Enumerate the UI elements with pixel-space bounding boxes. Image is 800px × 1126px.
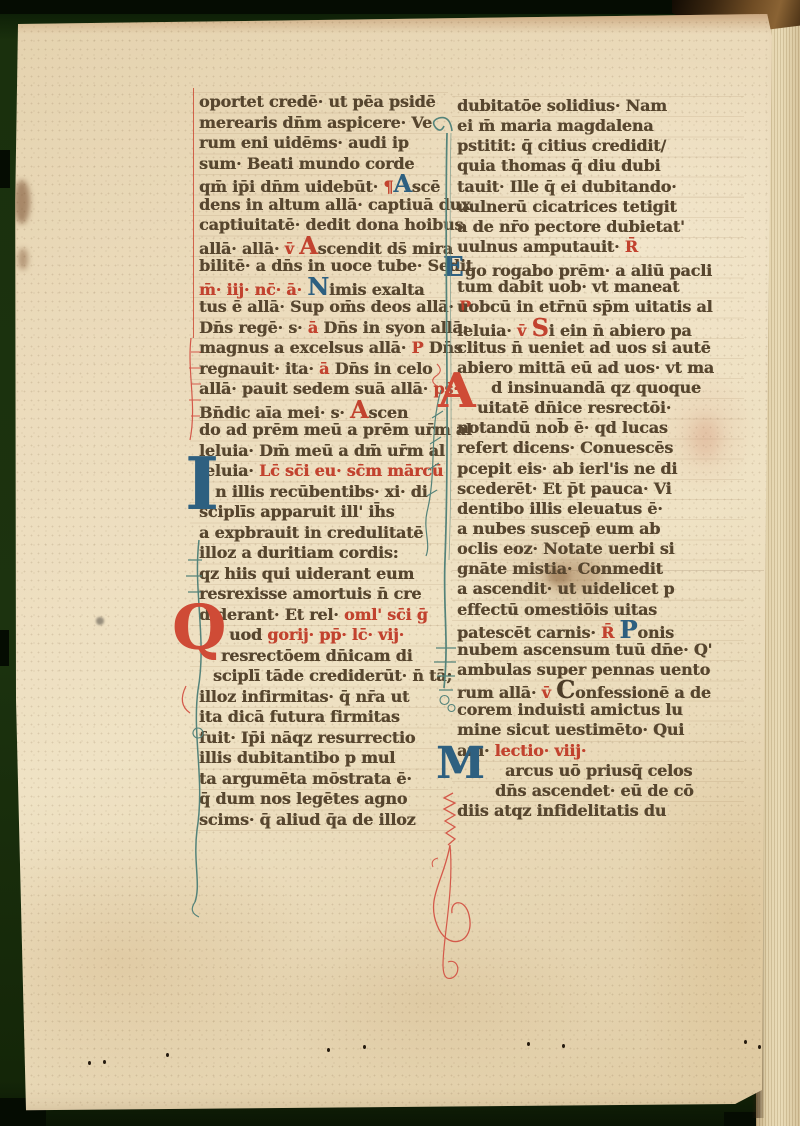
manuscript-line: a nubes suscep̄ eum ab xyxy=(457,519,714,539)
manuscript-line: ei m̄ maria magdalena xyxy=(457,116,714,136)
text-segment: leluia· xyxy=(199,461,259,480)
manuscript-line: fuit· Ip̄i nāqz resurrectio xyxy=(199,728,473,749)
text-segment: uulnus amputauit· xyxy=(457,237,625,256)
manuscript-line: leluia· Lc̄ sc̄i eu· sc̄m mārcū xyxy=(199,461,473,482)
manuscript-line: rum allā· v̄ Confessionē a de xyxy=(457,680,714,700)
text-segment: ei m̄ maria magdalena xyxy=(457,116,653,135)
center-red-sweep xyxy=(434,845,471,942)
text-segment: scederēt· Et p̄t pauca· Vi xyxy=(457,479,671,498)
text-segment: R̄ xyxy=(625,237,638,256)
text-segment: scen xyxy=(368,403,408,422)
left-red-filigree-stem xyxy=(190,338,193,440)
manuscript-line: dubitatōe solidius· Nam xyxy=(457,96,714,116)
text-segment: gorij· pp̄· lc̄· vij· xyxy=(267,625,404,644)
text-segment: bilitē· a dn̄s in uoce tube· Sedit xyxy=(199,256,473,275)
manuscript-line: dens in altum allā· captiuā dux xyxy=(199,195,473,216)
text-segment: pcepit eis· ab ierl'is ne di xyxy=(457,459,677,478)
text-segment: dens in altum allā· captiuā dux xyxy=(199,195,470,214)
parchment-page: oportet credē· ut pēa psidēmerearis dn̄m… xyxy=(0,0,800,1126)
text-segment: diis atqz infidelitatis du xyxy=(457,801,666,820)
text-segment: Dn̄s in celo xyxy=(335,359,433,378)
manuscript-line: magnus a excelsus allā· P Dn̄s xyxy=(199,338,473,359)
manuscript-line: oportet credē· ut pēa psidē xyxy=(199,92,473,113)
text-segment: uitatē dn̄ice resrectōi· xyxy=(477,398,671,417)
manuscript-line: diderant· Et rel· oml' sc̄i ḡ xyxy=(199,605,473,626)
manuscript-line: illoz a duritiam cordis: xyxy=(199,543,473,564)
manuscript-line: resrexisse amortuis n̄ cre xyxy=(199,584,473,605)
manuscript-line: patescēt carnis· R̄ Ponis xyxy=(457,620,714,640)
text-segment: rum eni uidēms· audi ip xyxy=(199,133,409,152)
text-segment: R̄ xyxy=(601,623,619,642)
manuscript-line: allā· pauit sedem suā allā· ps̄· xyxy=(199,379,473,400)
text-segment: do ad prēm meū a prēm ur̄m al xyxy=(199,420,472,439)
text-segment: sciplīs apparuit ill' ih̄s xyxy=(199,502,394,521)
manuscript-line: regnauit· ita· ā Dn̄s in celo xyxy=(199,359,473,380)
manuscript-line: clitus n̄ ueniet ad uos si autē xyxy=(457,338,714,358)
text-segment: resrectōem dn̄icam di xyxy=(221,646,413,665)
manuscript-line: leluia· v̄ Si ein n̄ abiero pa xyxy=(457,318,714,338)
manuscript-line: q̄ dum nos legētes agno xyxy=(199,789,473,810)
manuscript-line: dn̄s ascendet· eū de cō xyxy=(457,781,714,801)
red-ruling-line xyxy=(193,88,194,338)
text-segment: diderant· Et rel· xyxy=(199,605,344,624)
text-segment: resrexisse amortuis n̄ cre xyxy=(199,584,421,603)
left-teal-curl xyxy=(192,902,199,917)
text-segment: n illis recūbentibs· xi· di xyxy=(215,482,428,501)
text-segment: dentibo illis eleuatus ē· xyxy=(457,499,663,518)
manuscript-line: tus ē allā· Sup om̄s deos allā· P xyxy=(199,297,473,318)
text-segment: d insinuandā qz quoque xyxy=(491,378,701,397)
text-segment: oportet credē· ut pēa psidē xyxy=(199,92,436,111)
manuscript-line: uulnus amputauit· R̄ xyxy=(457,237,714,257)
text-segment: clitus n̄ ueniet ad uos si autē xyxy=(457,338,711,357)
text-segment: scendit ds̄ mira xyxy=(318,239,453,258)
manuscript-line: tum dabit uob· vt maneat xyxy=(457,277,714,297)
left-text-column: oportet credē· ut pēa psidēmerearis dn̄m… xyxy=(199,92,473,830)
manuscript-line: captiuitatē· dedit dona hoibus xyxy=(199,215,473,236)
text-segment: imis exalta xyxy=(329,280,424,299)
text-segment: Dn̄s regē· s· xyxy=(199,318,308,337)
manuscript-line: effectū omestiōis uitas xyxy=(457,600,714,620)
text-segment: a ascendit· ut uidelicet p xyxy=(457,579,674,598)
text-segment: uulnerū cicatrices tetigit xyxy=(457,197,677,216)
text-segment: a de nr̄o pectore dubietat' xyxy=(457,217,685,236)
text-segment: ta argumēta mōstrata ē· xyxy=(199,769,412,788)
text-segment: quia thomas q̄ diu dubi xyxy=(457,156,660,175)
text-segment: scims· q̄ aliud q̄a de illoz xyxy=(199,810,415,829)
text-segment: dubitatōe solidius· Nam xyxy=(457,96,667,115)
text-segment: mine sicut uestimēto· Qui xyxy=(457,720,684,739)
text-segment: allā· pauit sedem suā allā· xyxy=(199,379,433,398)
manuscript-line: nubem ascensum tuū dn̄e· Q' xyxy=(457,640,714,660)
manuscript-line: merearis dn̄m aspicere· Ve xyxy=(199,113,473,134)
manuscript-line: uobcū in etr̄nū sp̄m uitatis al xyxy=(457,297,714,317)
manuscript-line: tauit· Ille q̄ ei dubitando· xyxy=(457,177,714,197)
text-segment: Lc̄ sc̄i eu· sc̄m mārcū xyxy=(259,461,443,480)
text-segment: qz hiis qui uiderant eum xyxy=(199,564,414,583)
text-segment: gnāte mistia· Conmedit xyxy=(457,559,663,578)
text-segment: dn̄s ascendet· eū de cō xyxy=(495,781,694,800)
text-segment: nubem ascensum tuū dn̄e· Q' xyxy=(457,640,712,659)
manuscript-line: rum eni uidēms· audi ip xyxy=(199,133,473,154)
text-segment: a nubes suscep̄ eum ab xyxy=(457,519,660,538)
left-red-q-tail xyxy=(182,686,190,713)
text-segment: lectio· viij· xyxy=(495,741,587,760)
manuscript-line: m̄· iij· nc̄· ā· Nimis exalta xyxy=(199,277,473,298)
manuscript-line: sciplīs apparuit ill' ih̄s xyxy=(199,502,473,523)
text-segment: a expbrauit in credulitatē xyxy=(199,523,423,542)
manuscript-line: notandū nob̄ ē· qd lucas xyxy=(457,418,714,438)
text-segment: tauit· Ille q̄ ei dubitando· xyxy=(457,177,676,196)
text-segment: magnus a excelsus allā· xyxy=(199,338,411,357)
edge-stain xyxy=(18,248,28,270)
text-segment: leluia· xyxy=(457,321,517,340)
manuscript-line: uod gorij· pp̄· lc̄· vij· xyxy=(199,625,473,646)
text-segment: illoz infirmitas· q̄ nr̄a ut xyxy=(199,687,409,706)
text-segment: tus ē allā· Sup om̄s deos allā· xyxy=(199,297,459,316)
text-segment: m̄· iij· nc̄· ā· xyxy=(199,280,307,299)
manuscript-line: abiero mittā eū ad uos· vt ma xyxy=(457,358,714,378)
manuscript-line: illoz infirmitas· q̄ nr̄a ut xyxy=(199,687,473,708)
manuscript-line: ambulas super pennas uento xyxy=(457,660,714,680)
manuscript-line: quia thomas q̄ diu dubi xyxy=(457,156,714,176)
manuscript-photo: oportet credē· ut pēa psidēmerearis dn̄m… xyxy=(0,0,800,1126)
text-segment: Dn̄s in syon allā· xyxy=(323,318,468,337)
text-segment: i ein n̄ abiero pa xyxy=(549,321,692,340)
text-segment: illoz a duritiam cordis: xyxy=(199,543,398,562)
text-segment: ambulas super pennas uento xyxy=(457,660,710,679)
text-segment: merearis dn̄m aspicere· Ve xyxy=(199,113,432,132)
text-segment: corem induisti amictus lu xyxy=(457,700,683,719)
manuscript-line: mine sicut uestimēto· Qui xyxy=(457,720,714,740)
ink-spot xyxy=(96,617,104,625)
text-segment: qm̄ ip̄i dn̄m uidebūt· xyxy=(199,177,383,196)
cradle-left-notch-lower xyxy=(0,630,9,666)
manuscript-line: arcus uō priusq̄ celos xyxy=(457,761,714,781)
center-red-tail xyxy=(443,845,458,978)
text-segment: tum dabit uob· vt maneat xyxy=(457,277,679,296)
manuscript-line: resrectōem dn̄icam di xyxy=(199,646,473,667)
manuscript-line: diis atqz infidelitatis du xyxy=(457,801,714,821)
text-segment: abiero mittā eū ad uos· vt ma xyxy=(457,358,714,377)
manuscript-line: sciplī tāde crediderūt· n̄ tā; xyxy=(199,666,473,687)
manuscript-line: oclis eoz· Notate uerbi si xyxy=(457,539,714,559)
manuscript-line: ita dicā futura firmitas xyxy=(199,707,473,728)
manuscript-line: allā· allā· v̄ Ascendit ds̄ mira xyxy=(199,236,473,257)
manuscript-line: pstitit: q̄ citius credidit/ xyxy=(457,136,714,156)
text-segment: sciplī tāde crediderūt· n̄ tā; xyxy=(213,666,452,685)
manuscript-line: pcepit eis· ab ierl'is ne di xyxy=(457,459,714,479)
right-text-column: dubitatōe solidius· Namei m̄ maria magda… xyxy=(457,96,714,821)
text-segment: v̄ xyxy=(542,683,556,702)
text-segment: v̄ xyxy=(517,321,531,340)
manuscript-line: uitatē dn̄ice resrectōi· xyxy=(457,398,714,418)
manuscript-line: dentibo illis eleuatus ē· xyxy=(457,499,714,519)
manuscript-line: qm̄ ip̄i dn̄m uidebūt· ¶Ascē xyxy=(199,174,473,195)
text-segment: ā xyxy=(319,359,335,378)
text-segment: captiuitatē· dedit dona hoibus xyxy=(199,215,463,234)
text-segment: fuit· Ip̄i nāqz resurrectio xyxy=(199,728,415,747)
text-segment: oml' sc̄i ḡ xyxy=(344,605,428,624)
text-segment: ā xyxy=(308,318,324,337)
text-segment: pstitit: q̄ citius credidit/ xyxy=(457,136,666,155)
manuscript-line: Dn̄s regē· s· ā Dn̄s in syon allā· xyxy=(199,318,473,339)
text-segment: ¶ xyxy=(383,177,393,196)
text-segment: arcus uō priusq̄ celos xyxy=(505,761,692,780)
manuscript-line: sum· Beati mundo corde xyxy=(199,154,473,175)
text-segment: refert dicens· Conuescēs xyxy=(457,438,673,457)
manuscript-line: bilitē· a dn̄s in uoce tube· Sedit xyxy=(199,256,473,277)
text-segment: P xyxy=(411,338,428,357)
manuscript-line: Ego rogabo prēm· a aliū pacli xyxy=(457,257,714,277)
text-segment: uod xyxy=(229,625,267,644)
manuscript-line: corem induisti amictus lu xyxy=(457,700,714,720)
manuscript-line: refert dicens· Conuescēs xyxy=(457,438,714,458)
manuscript-line: a expbrauit in credulitatē xyxy=(199,523,473,544)
text-segment: regnauit· ita· xyxy=(199,359,319,378)
manuscript-line: scims· q̄ aliud q̄a de illoz xyxy=(199,810,473,831)
manuscript-line: a ascendit· ut uidelicet p xyxy=(457,579,714,599)
text-segment: allā· allā· xyxy=(199,239,285,258)
text-segment: patescēt carnis· xyxy=(457,623,601,642)
text-segment: am· xyxy=(457,741,495,760)
text-segment: v̄ xyxy=(285,239,299,258)
edge-stain xyxy=(14,180,30,224)
cradle-left-notch-upper xyxy=(0,150,10,188)
manuscript-line: leluia· Dm̄ meū a dm̄ ur̄m al xyxy=(199,441,473,462)
text-segment: onfessionē a de xyxy=(575,683,711,702)
center-red-curl xyxy=(432,858,438,867)
text-segment: scē xyxy=(412,177,440,196)
text-segment: illis dubitantibo p mul xyxy=(199,748,395,767)
manuscript-line: n illis recūbentibs· xi· di xyxy=(199,482,473,503)
text-segment: E xyxy=(443,257,465,277)
text-segment: ita dicā futura firmitas xyxy=(199,707,400,726)
manuscript-line: ta argumēta mōstrata ē· xyxy=(199,769,473,790)
text-segment: rum allā· xyxy=(457,683,542,702)
text-segment: uobcū in etr̄nū sp̄m uitatis al xyxy=(457,297,712,316)
text-segment: onis xyxy=(637,623,674,642)
text-segment: notandū nob̄ ē· qd lucas xyxy=(457,418,668,437)
text-segment: sum· Beati mundo corde xyxy=(199,154,414,173)
manuscript-line: d insinuandā qz quoque xyxy=(457,378,714,398)
manuscript-line: uulnerū cicatrices tetigit xyxy=(457,197,714,217)
manuscript-line: a de nr̄o pectore dubietat' xyxy=(457,217,714,237)
text-segment: Bn̄dic aīa mei· s· xyxy=(199,403,350,422)
manuscript-line: qz hiis qui uiderant eum xyxy=(199,564,473,585)
text-segment: ps̄· xyxy=(433,379,458,398)
manuscript-line: illis dubitantibo p mul xyxy=(199,748,473,769)
manuscript-line: scederēt· Et p̄t pauca· Vi xyxy=(457,479,714,499)
text-segment: leluia· Dm̄ meū a dm̄ ur̄m al xyxy=(199,441,445,460)
text-segment: oclis eoz· Notate uerbi si xyxy=(457,539,674,558)
manuscript-line: Bn̄dic aīa mei· s· Ascen xyxy=(199,400,473,421)
manuscript-line: am· lectio· viij· xyxy=(457,741,714,761)
parchment-crease xyxy=(452,570,764,571)
manuscript-line: do ad prēm meū a prēm ur̄m al xyxy=(199,420,473,441)
text-segment: q̄ dum nos legētes agno xyxy=(199,789,407,808)
